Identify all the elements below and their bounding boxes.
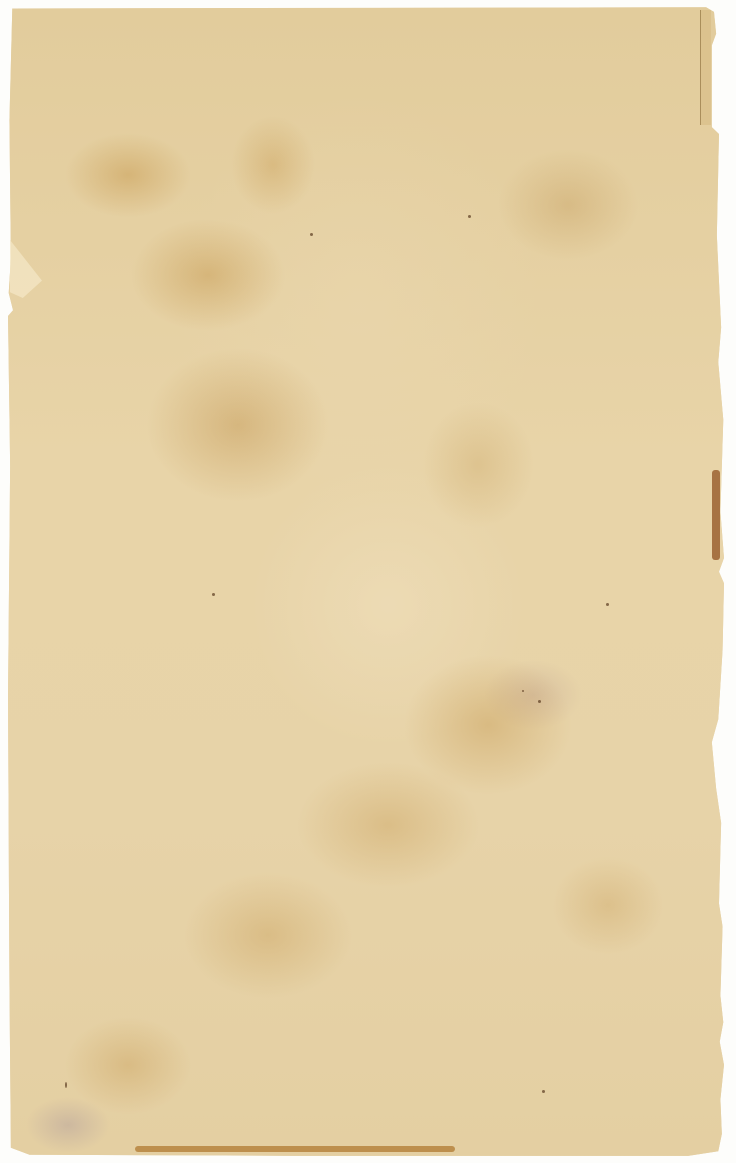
foxing-speck [65,1082,67,1088]
foxing-speck [538,700,541,703]
right-edge-stain [712,470,720,560]
foxing-speck [468,215,471,218]
bottom-edge-stain [135,1146,455,1152]
foxing-speck [542,1090,545,1093]
foxing-speck [522,690,524,692]
aged-paper-sheet [8,5,724,1157]
foxing-speck [212,593,215,596]
foxing-speck [606,603,609,606]
top-right-fold-crease [700,10,711,125]
foxing-speck [310,233,313,236]
scene: A single sheet of old, yellowed paper wi… [0,0,736,1163]
